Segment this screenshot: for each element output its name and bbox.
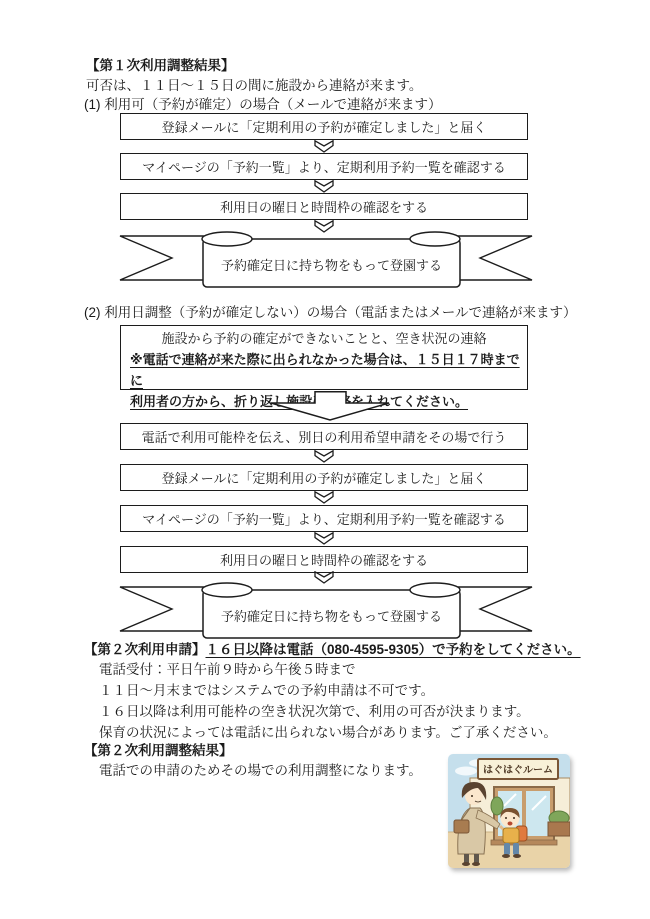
flow-step: 登録メールに「定期利用の予約が確定しました」と届く	[120, 464, 528, 491]
flow-arrow-icon	[314, 450, 334, 463]
section3-title: 【第２次利用申請】	[84, 642, 206, 657]
hagu-hagu-room-illustration: はぐはぐルーム	[448, 754, 570, 868]
section3-line: １６日以降は利用可能枠の空き状況次第で、利用の可否が決まります。	[99, 702, 530, 722]
flow-step: 利用日の曜日と時間枠の確認をする	[120, 193, 528, 220]
section3-line: 電話受付：平日午前９時から午後５時まで	[99, 660, 356, 680]
section3-phone-note: １６日以降は電話（080-4595-9305）で予約をしてください。	[206, 642, 581, 657]
flow-step: 登録メールに「定期利用の予約が確定しました」と届く	[120, 113, 528, 140]
section1-case-heading: (1) 利用可（予約が確定）の場合（メールで連絡が来ます）	[84, 95, 441, 115]
flow-arrow-icon	[314, 491, 334, 504]
section3-line: １１日～月末まではシステムでの予約申請は不可です。	[99, 681, 434, 701]
goal-ribbon: 予約確定日に持ち物をもって登園する	[119, 581, 533, 639]
goal-label: 予約確定日に持ち物をもって登園する	[203, 244, 460, 284]
flow-arrow-icon	[314, 180, 334, 193]
section2-case-heading: (2) 利用日調整（予約が確定しない）の場合（電話またはメールで連絡が来ます）	[84, 303, 576, 323]
document-page: 【第１次利用調整結果】 可否は、１１日～１５日の間に施設から連絡が来ます。 (1…	[0, 0, 650, 919]
notice-box: 施設から予約の確定ができないことと、空き状況の連絡 ※電話で連絡が来た際に出られ…	[120, 325, 528, 390]
section1-title: 【第１次利用調整結果】	[86, 56, 235, 76]
section3-line: 保育の状況によっては電話に出られない場合があります。ご了承ください。	[99, 723, 557, 743]
section4-line: 電話での申請のためその場での利用調整になります。	[99, 761, 422, 781]
sign-text: はぐはぐルーム	[483, 764, 553, 776]
section3-title-line: 【第２次利用申請】１６日以降は電話（080-4595-9305）で予約をしてくだ…	[84, 640, 581, 660]
goal-label: 予約確定日に持ち物をもって登園する	[203, 595, 460, 635]
flow-arrow-icon	[314, 140, 334, 153]
section4-title: 【第２次利用調整結果】	[84, 741, 233, 761]
notice-line2: ※電話で連絡が来た際に出られなかった場合は、１５日１７時までに	[121, 349, 527, 391]
flow-step: マイページの「予約一覧」より、定期利用予約一覧を確認する	[120, 505, 528, 532]
notice-line1: 施設から予約の確定ができないことと、空き状況の連絡	[121, 328, 527, 349]
big-down-arrow-icon	[269, 391, 391, 421]
flow-step: 電話で利用可能枠を伝え、別日の利用希望申請をその場で行う	[120, 423, 528, 450]
flow-arrow-icon	[314, 532, 334, 545]
section1-intro: 可否は、１１日～１５日の間に施設から連絡が来ます。	[86, 76, 422, 96]
flow-step: 利用日の曜日と時間枠の確認をする	[120, 546, 528, 573]
goal-ribbon: 予約確定日に持ち物をもって登園する	[119, 230, 533, 288]
flow-step: マイページの「予約一覧」より、定期利用予約一覧を確認する	[120, 153, 528, 180]
